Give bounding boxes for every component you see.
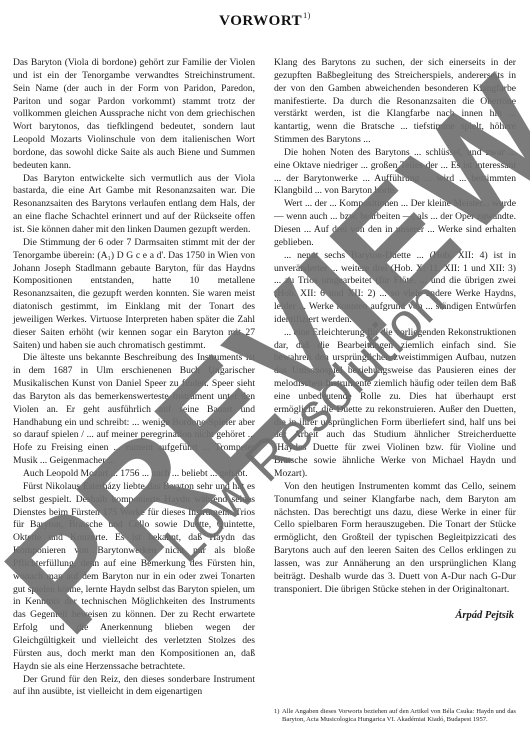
left-text-column: Das Baryton (Viola di bordone) gehört zu… — [13, 57, 255, 699]
paragraph-esterhazy: Fürst Nikolaus Esterházy liebte das Bary… — [13, 481, 255, 674]
footnote-text: Alle Angaben dieses Vorworts beziehen au… — [274, 708, 516, 725]
paragraph-reconstruction: ... eine Erleichterung für die vorliegen… — [274, 327, 516, 481]
page-title: VORWORT1) — [0, 11, 530, 30]
author-signature: Árpád Pejtsik — [274, 610, 516, 623]
right-text-column: Klang des Barytons zu suchen, der sich e… — [274, 57, 516, 623]
paragraph-cello: Von den heutigen Instrumenten kommt das … — [274, 481, 516, 597]
paragraph-sound: Klang des Barytons zu suchen, der sich e… — [274, 57, 516, 147]
paragraph-tuning: Die Stimmung der 6 oder 7 Darmsaiten sti… — [13, 237, 255, 353]
title-footnote-marker: 1) — [303, 11, 311, 20]
paragraph-reason: Der Grund für den Reiz, den dieses sonde… — [13, 674, 255, 700]
footnote-marker: 1) — [274, 708, 280, 716]
paragraph-leopold-mozart: Auch Leopold Mozart ... 1756 ... nach ..… — [13, 468, 255, 481]
paragraph-duets: ... nennt sechs Baryton-Duette ... (Hob.… — [274, 250, 516, 327]
paragraph-baryton-intro: Das Baryton (Viola di bordone) gehört zu… — [13, 57, 255, 173]
paragraph-oldest-description: Die älteste uns bekannte Beschreibung de… — [13, 352, 255, 468]
paragraph-high-notes: Die hohen Noten des Barytons ... schlüss… — [274, 147, 516, 198]
page-title-text: VORWORT — [219, 13, 302, 29]
paragraph-value: Wert ... der ... Kompositionen ... Der k… — [274, 198, 516, 249]
document-page: VORWORT1) Das Baryton (Viola di bordone)… — [0, 0, 530, 750]
paragraph-viola-bastarda: Das Baryton entwickelte sich vermutlich … — [13, 173, 255, 237]
footnote: 1) Alle Angaben dieses Vorworts beziehen… — [274, 708, 516, 725]
